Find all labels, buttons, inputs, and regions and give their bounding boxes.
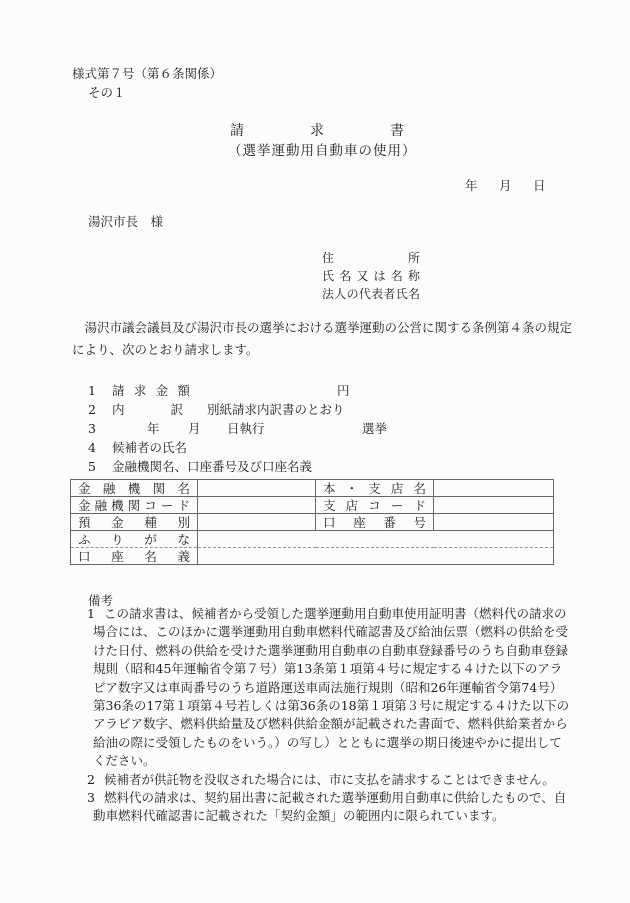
cell-label: 金融機関コード (78, 499, 190, 512)
remark-number: 3 (87, 789, 95, 807)
list-item-bank-account: 5 金融機関名、口座番号及び口座名義 (0, 460, 630, 476)
year-label: 年 (147, 422, 160, 436)
amount-label: 請求金額 (112, 384, 190, 398)
cell-label: 口座名義 (78, 550, 190, 563)
table-row: 預金種別 口座番号 (71, 514, 554, 531)
furigana-label: ふりがな (71, 531, 198, 548)
sender-address-label: 住所 (322, 249, 420, 267)
item-number: 2 (88, 403, 96, 417)
financial-institution-code-label: 金融機関コード (71, 497, 198, 514)
list-item-candidate-name: 4 候補者の氏名 (0, 441, 630, 457)
candidate-name-label: 候補者の氏名 (112, 441, 187, 455)
document-page: 様式第７号（第６条関係） その１ 請求書 （選挙運動用自動車の使用） 年 月 日… (0, 0, 630, 903)
sender-name-label: 氏名又は名称 (322, 267, 420, 285)
table-row: 金融機関コード 支店コード (71, 497, 554, 514)
form-variant: その１ (88, 83, 126, 101)
breakdown-value: 別紙請求内訳書のとおり (207, 403, 345, 417)
election-label: 選挙 (362, 422, 387, 436)
remark-number: 1 (87, 605, 95, 623)
item-number: 4 (88, 441, 96, 455)
deposit-type-label: 預金種別 (71, 514, 198, 531)
addressee: 湯沢市長 様 (88, 212, 163, 230)
table-row: 口座名義 (71, 548, 554, 565)
item-number: 3 (88, 422, 96, 436)
head-branch-name-field (434, 480, 554, 497)
date-line: 年 月 日 (465, 176, 550, 194)
remark-item: 3燃料代の請求は、契約届出書に記載された選挙運動用自動車に供給したもので、自動車… (93, 789, 570, 826)
item-number: 5 (88, 460, 96, 474)
cell-label: ふりがな (78, 533, 190, 546)
yen-unit-label: 円 (337, 384, 350, 398)
list-item-breakdown: 2 内訳 別紙請求内訳書のとおり (0, 403, 630, 419)
item-number: 1 (88, 384, 96, 398)
table-row: ふりがな (71, 531, 554, 548)
doc-subtitle: （選挙運動用自動車の使用） (228, 139, 417, 159)
form-number: 様式第７号（第６条関係） (72, 64, 222, 82)
financial-institution-code-field (198, 497, 316, 514)
branch-code-field (434, 497, 554, 514)
sender-block: 住所 氏名又は名称 法人の代表者氏名 (322, 249, 420, 303)
cell-label: 本・支店名 (323, 482, 426, 495)
remark-text: 燃料代の請求は、契約届出書に記載された選挙運動用自動車に供給したもので、自動車燃… (93, 790, 566, 823)
account-number-label: 口座番号 (316, 514, 434, 531)
cell-label: 支店コード (323, 499, 426, 512)
breakdown-label: 内訳 (112, 403, 183, 417)
account-holder-field (198, 548, 554, 565)
remark-text: この請求書は、候補者から受領した選挙運動用自動車使用証明書（燃料代の請求の場合に… (93, 606, 569, 768)
deposit-type-field (198, 514, 316, 531)
remark-text: 候補者が供託物を没収された場合には、市に支払を請求することはできません。 (104, 772, 555, 787)
bank-account-table: 金融機関名 本・支店名 金融機関コード 支店コード 預金種別 口座番号 ふりがな (70, 479, 554, 565)
cell-label: 口座番号 (323, 516, 426, 529)
cell-label: 預金種別 (78, 516, 190, 529)
list-item-election-date: 3 年 月 日執行 選挙 (0, 422, 630, 438)
financial-institution-name-field (198, 480, 316, 497)
bank-account-label: 金融機関名、口座番号及び口座名義 (112, 460, 312, 474)
remark-item: 1この請求書は、候補者から受領した選挙運動用自動車使用証明書（燃料代の請求の場合… (93, 605, 570, 771)
account-number-field (434, 514, 554, 531)
branch-code-label: 支店コード (316, 497, 434, 514)
cell-label: 金融機関名 (78, 482, 190, 495)
page-title: 請求書 (230, 120, 404, 140)
remark-number: 2 (87, 771, 95, 789)
request-statement: 湯沢市議会議員及び湯沢市長の選挙における選挙運動の公営に関する条例第４条の規定に… (72, 317, 574, 361)
furigana-field (198, 531, 554, 548)
table-row: 金融機関名 本・支店名 (71, 480, 554, 497)
financial-institution-name-label: 金融機関名 (71, 480, 198, 497)
remarks-block: 1この請求書は、候補者から受領した選挙運動用自動車使用証明書（燃料代の請求の場合… (0, 605, 630, 826)
month-label: 月 (188, 422, 201, 436)
day-exec-label: 日執行 (227, 422, 265, 436)
list-item-amount: 1 請求金額 円 (0, 384, 630, 400)
account-holder-label: 口座名義 (71, 548, 198, 565)
sender-representative-label: 法人の代表者氏名 (322, 285, 420, 303)
remark-item: 2候補者が供託物を没収された場合には、市に支払を請求することはできません。 (93, 771, 570, 789)
head-branch-name-label: 本・支店名 (316, 480, 434, 497)
